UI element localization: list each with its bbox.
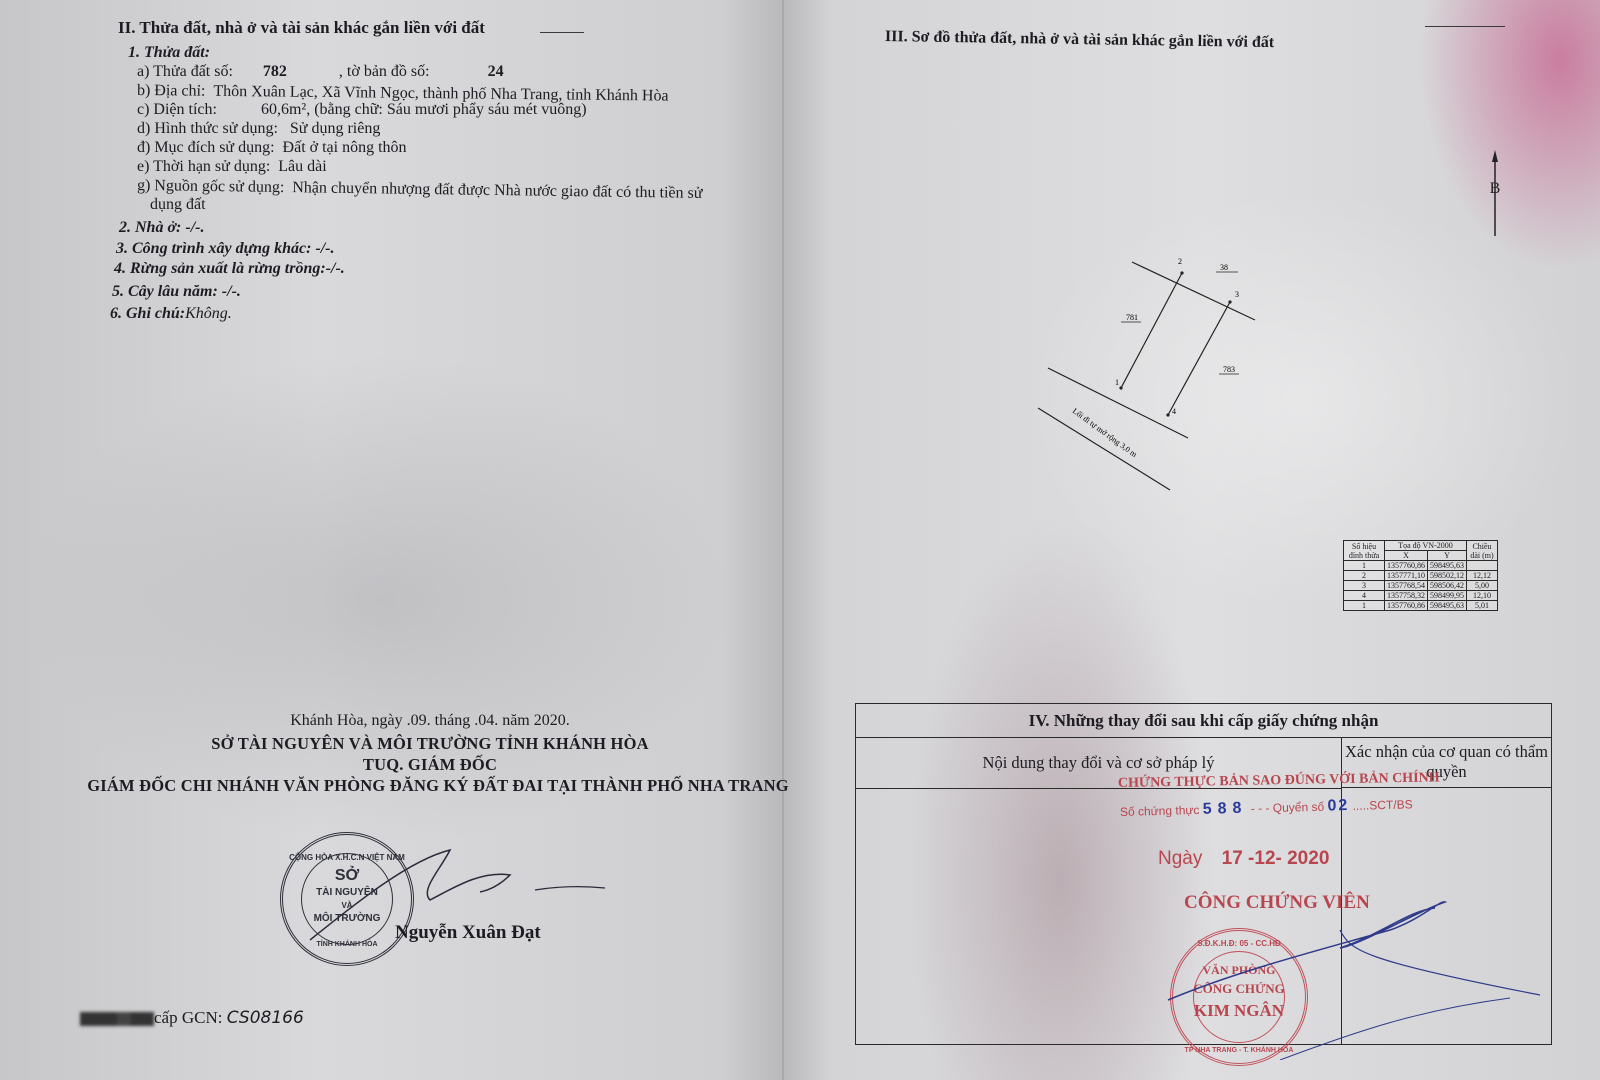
coordinate-cell-vertex: 1: [1344, 561, 1385, 571]
parcel-row: a) Thửa đất số: 782 , tờ bản đồ số: 24: [137, 63, 504, 81]
vertex-label: 3: [1235, 290, 1239, 299]
header-vertex: Số hiệu đỉnh thửa: [1344, 541, 1385, 561]
coordinate-cell-vertex: 3: [1344, 581, 1385, 591]
cert-suffix: SCT/BS: [1369, 797, 1413, 812]
parcel-number: 782: [263, 63, 287, 80]
book-label: Quyển số: [1273, 800, 1325, 815]
on-behalf-of: TUQ. GIÁM ĐỐC: [110, 755, 750, 775]
issuing-department: SỞ TÀI NGUYÊN VÀ MÔI TRƯỜNG TỈNH KHÁNH H…: [110, 734, 750, 754]
book-value: 02: [1327, 797, 1349, 815]
neighbor-parcel-label: 783: [1223, 365, 1235, 374]
gcn-label: cấp GCN:: [154, 1008, 222, 1027]
header-coords: Tọa độ VN-2000: [1385, 541, 1467, 551]
neighbor-parcel-label: 38: [1220, 263, 1228, 272]
coordinate-cell-y: 598495,63: [1428, 561, 1467, 571]
decorative-rule: [1425, 26, 1505, 27]
neighbor-parcel-label: 781: [1126, 313, 1138, 322]
parcel-label: a) Thửa đất số:: [137, 63, 233, 80]
planted-forest-line: 4. Rừng sản xuất là rừng trồng:-/-.: [114, 260, 345, 278]
header-length: Chiều dài (m): [1467, 541, 1498, 561]
section-ii-title: II. Thửa đất, nhà ở và tài sản khác gắn …: [118, 18, 485, 38]
coordinate-table: Số hiệu đỉnh thửa Tọa độ VN-2000 Chiều d…: [1343, 540, 1498, 611]
area-label: c) Diện tích:: [137, 101, 217, 118]
notes-value: Không.: [185, 305, 232, 322]
coordinate-row: 11357760,86598495,63: [1344, 561, 1498, 571]
map-sheet-label: , tờ bản đồ số:: [339, 63, 430, 80]
vertex-label: 4: [1172, 407, 1176, 416]
map-sheet-number: 24: [488, 63, 504, 80]
notes-row: 6. Ghi chú:Không.: [110, 305, 232, 323]
term-value: Lâu dài: [278, 158, 326, 175]
usage-form-value: Sử dụng riêng: [290, 120, 380, 137]
signer-position: GIÁM ĐỐC CHI NHÁNH VĂN PHÒNG ĐĂNG KÝ ĐẤT…: [68, 776, 808, 796]
purpose-label: đ) Mục đích sử dụng:: [137, 139, 275, 156]
coordinate-cell-y: 598506,42: [1428, 581, 1467, 591]
header-y: Y: [1428, 551, 1467, 561]
coordinate-cell-length: 5,01: [1467, 601, 1498, 611]
coordinate-cell-vertex: 1: [1344, 601, 1385, 611]
parcel-diagram: 1 2 3 4 38 781 783 Lối đi tự mở rộng 3,0…: [1010, 240, 1270, 500]
land-heading: 1. Thửa đất:: [128, 44, 210, 62]
term-row: e) Thời hạn sử dụng: Lâu dài: [137, 158, 327, 176]
coordinate-cell-vertex: 4: [1344, 591, 1385, 601]
coordinate-cell-y: 598495,63: [1428, 601, 1467, 611]
north-label: B: [1490, 180, 1501, 197]
coordinate-cell-length: [1467, 561, 1498, 571]
term-label: e) Thời hạn sử dụng:: [137, 158, 270, 175]
north-arrow-icon: B: [1480, 148, 1510, 238]
header-x: X: [1385, 551, 1428, 561]
coordinate-cell-x: 1357760,86: [1385, 601, 1428, 611]
place-date: Khánh Hòa, ngày .09. tháng .04. năm 2020…: [250, 712, 610, 730]
coordinate-cell-x: 1357768,54: [1385, 581, 1428, 591]
signer-name: Nguyễn Xuân Đạt: [395, 922, 541, 944]
notes-label: 6. Ghi chú:: [110, 305, 185, 322]
decorative-rule: [540, 32, 584, 33]
coordinate-row: 41357758,32598499,9512,10: [1344, 591, 1498, 601]
gcn-number: CS08166: [227, 1008, 304, 1028]
cert-number-label: Số chứng thực: [1120, 803, 1200, 819]
perennial-trees-line: 5. Cây lâu năm: -/-.: [112, 283, 241, 301]
area-row: c) Diện tích: 60,6m², (bằng chữ: Sáu mươ…: [137, 101, 587, 119]
coordinate-cell-y: 598502,12: [1428, 571, 1467, 581]
purpose-value: Đất ở tại nông thôn: [283, 139, 407, 156]
coordinate-row: 11357760,86598495,635,01: [1344, 601, 1498, 611]
origin-label: g) Nguồn gốc sử dụng:: [137, 177, 285, 196]
usage-form-row: d) Hình thức sử dụng: Sử dụng riêng: [137, 120, 380, 138]
road-label: Lối đi tự mở rộng 3,0 m: [1071, 406, 1139, 459]
area-value: 60,6m², (bằng chữ: Sáu mươi phẩy sáu mét…: [261, 101, 587, 118]
vertex-label: 1: [1115, 378, 1119, 387]
vertex-label: 2: [1178, 257, 1182, 266]
coordinate-cell-length: 5,00: [1467, 581, 1498, 591]
coordinate-cell-x: 1357760,86: [1385, 561, 1428, 571]
section-iv-title: IV. Những thay đổi sau khi cấp giấy chứn…: [856, 704, 1551, 738]
notary-date-label: Ngày: [1158, 848, 1202, 869]
origin-value-continued: dụng đất: [150, 196, 206, 214]
coordinate-cell-length: 12,12: [1467, 571, 1498, 581]
redacted-text: [80, 1012, 154, 1026]
usage-form-label: d) Hình thức sử dụng:: [137, 120, 278, 137]
gcn-row: cấp GCN: CS08166: [80, 1008, 304, 1028]
house-line: 2. Nhà ở: -/-.: [119, 219, 204, 237]
coordinate-row: 21357771,10598502,1212,12: [1344, 571, 1498, 581]
cert-number-value: 588: [1203, 800, 1248, 818]
coordinate-cell-x: 1357771,10: [1385, 571, 1428, 581]
coordinate-cell-y: 598499,95: [1428, 591, 1467, 601]
other-construction-line: 3. Công trình xây dựng khác: -/-.: [116, 240, 335, 258]
notary-date-row: Ngày 17 -12- 2020: [1158, 848, 1329, 870]
address-label: b) Địa chỉ:: [137, 82, 206, 100]
coordinate-cell-x: 1357758,32: [1385, 591, 1428, 601]
coordinate-cell-vertex: 2: [1344, 571, 1385, 581]
coordinate-row: 31357768,54598506,425,00: [1344, 581, 1498, 591]
notary-signature-icon: [1160, 890, 1560, 1060]
purpose-row: đ) Mục đích sử dụng: Đất ở tại nông thôn: [137, 139, 407, 157]
coordinate-cell-length: 12,10: [1467, 591, 1498, 601]
notary-date-value: 17 -12- 2020: [1222, 848, 1330, 869]
page-fold: [782, 0, 784, 1080]
